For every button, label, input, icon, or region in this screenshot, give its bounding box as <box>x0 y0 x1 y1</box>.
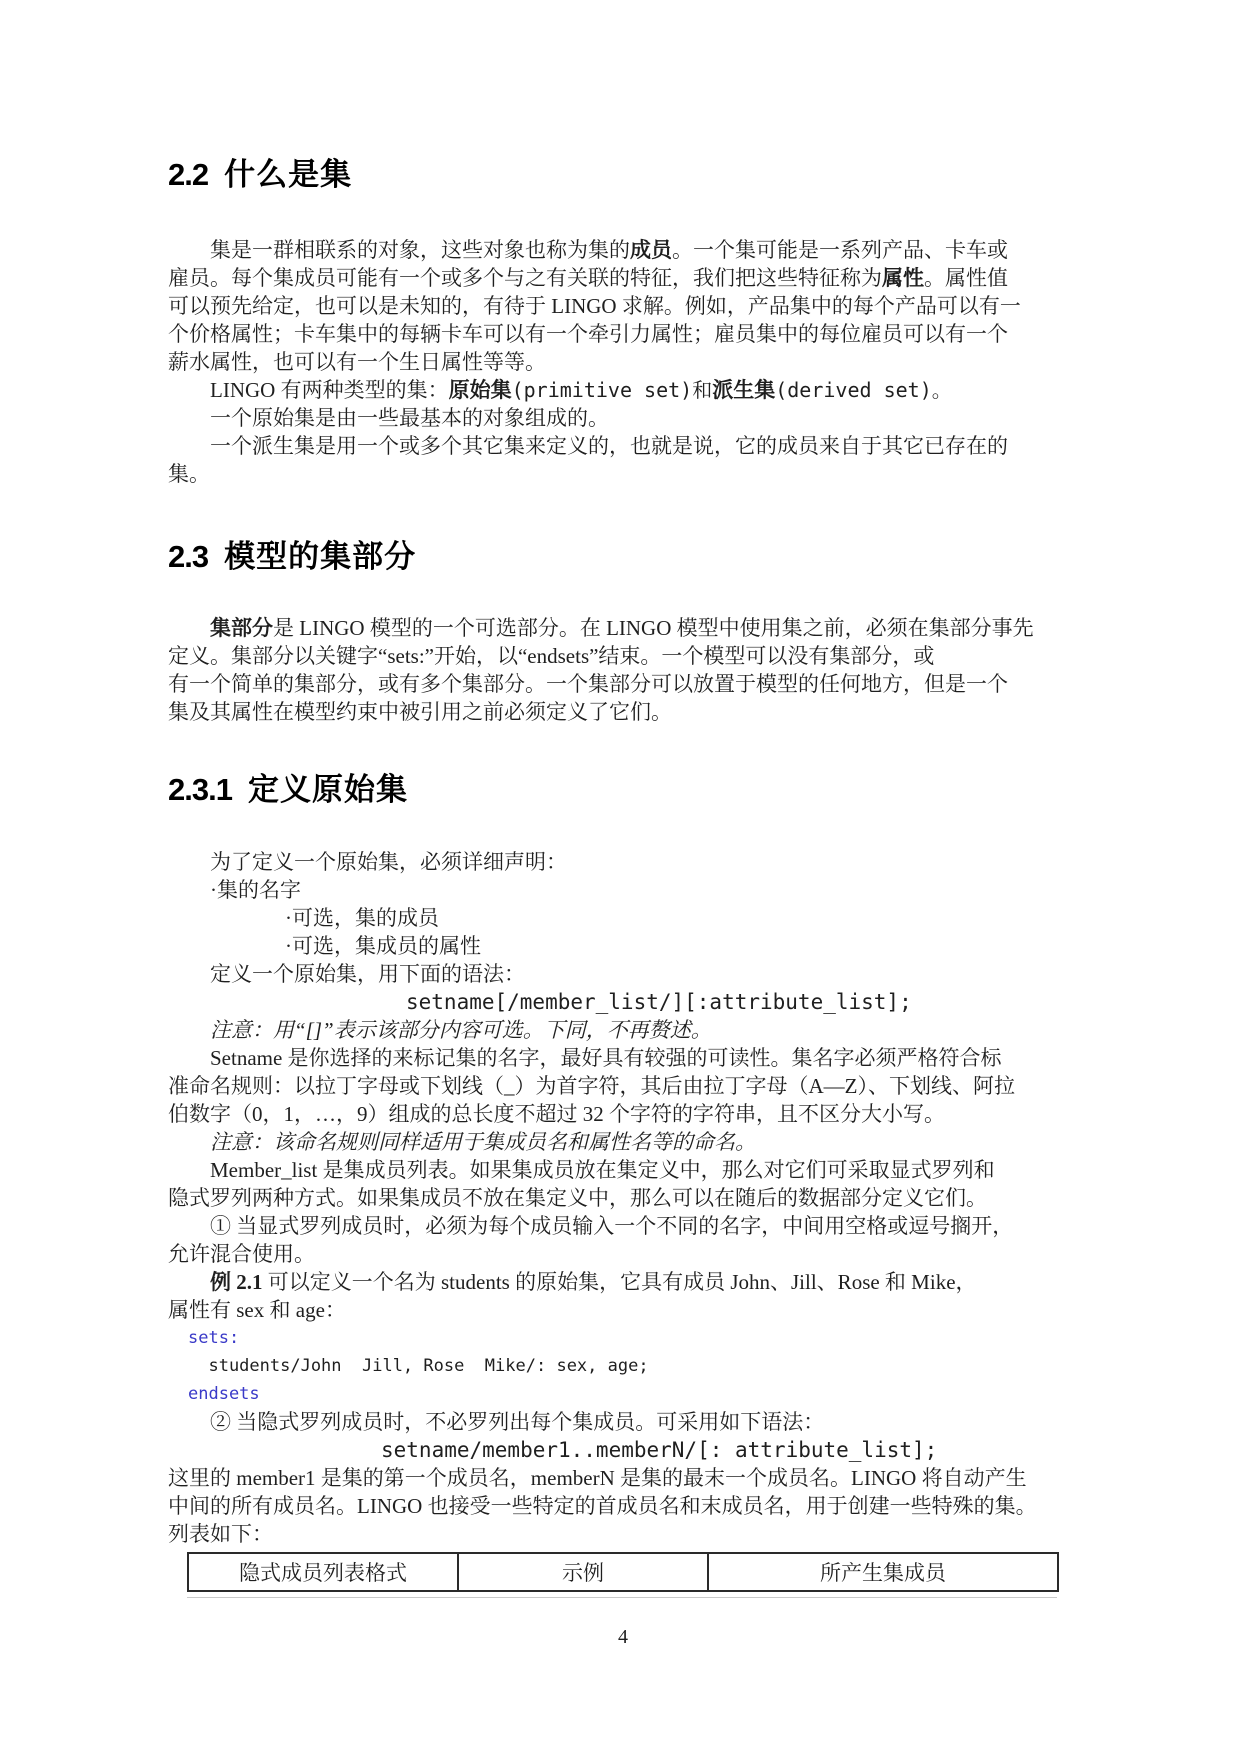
implicit-member-list-table: 隐式成员列表格式 示例 所产生集成员 <box>187 1552 1057 1598</box>
syntax-line: setname[/member_list/][:attribute_list]; <box>168 988 1078 1016</box>
section-title: 定义原始集 <box>248 772 408 807</box>
text-line: 隐式罗列两种方式。如果集成员不放在集定义中，那么可以在随后的数据部分定义它们。 <box>168 1184 1078 1212</box>
page-number: 4 <box>168 1626 1078 1649</box>
code-line-students: students/John Jill, Rose Mike/: sex, age… <box>168 1352 1078 1380</box>
table-header-row: 隐式成员列表格式 示例 所产生集成员 <box>188 1553 1058 1591</box>
section-2-2-body: 集是一群相联系的对象，这些对象也称为集的成员。一个集可能是一系列产品、卡车或 雇… <box>168 236 1078 488</box>
code-line-sets: sets: <box>168 1324 1078 1352</box>
text-line: Member_list 是集成员列表。如果集成员放在集定义中，那么对它们可采取显… <box>168 1156 1078 1184</box>
text-line: 这里的 member1 是集的第一个成员名，memberN 是集的最末一个成员名… <box>168 1464 1078 1492</box>
text-line: 集部分是 LINGO 模型的一个可选部分。在 LINGO 模型中使用集之前，必须… <box>168 614 1078 642</box>
text-line: 薪水属性，也可以有一个生日属性等等。 <box>168 348 1078 376</box>
text-line: 准命名规则：以拉丁字母或下划线（_）为首字符，其后由拉丁字母（A—Z）、下划线、… <box>168 1072 1078 1100</box>
text-line: 为了定义一个原始集，必须详细声明： <box>168 848 1078 876</box>
text-line: 雇员。每个集成员可能有一个或多个与之有关联的特征，我们把这些特征称为属性。属性值 <box>168 264 1078 292</box>
syntax-line: setname/member1..memberN/[: attribute_li… <box>168 1436 1078 1464</box>
section-2-3-body: 集部分是 LINGO 模型的一个可选部分。在 LINGO 模型中使用集之前，必须… <box>168 614 1078 726</box>
bullet-item: ·集的名字 <box>168 876 1078 904</box>
document-page: 2.2什么是集 集是一群相联系的对象，这些对象也称为集的成员。一个集可能是一系列… <box>0 0 1240 1755</box>
section-title: 什么是集 <box>224 157 352 192</box>
text-line: 可以预先给定，也可以是未知的，有待于 LINGO 求解。例如，产品集中的每个产品… <box>168 292 1078 320</box>
table-header-example: 示例 <box>458 1553 708 1591</box>
text-line: 有一个简单的集部分，或有多个集部分。一个集部分可以放置于模型的任何地方，但是一个 <box>168 670 1078 698</box>
note-line: 注意：该命名规则同样适用于集成员名和属性名等的命名。 <box>168 1128 1078 1156</box>
text-line: 定义。集部分以关键字“sets:”开始，以“endsets”结束。一个模型可以没… <box>168 642 1078 670</box>
example-line: 例 2.1 可以定义一个名为 students 的原始集，它具有成员 John、… <box>168 1268 1078 1296</box>
section-heading-2-2: 2.2什么是集 <box>168 155 1078 195</box>
text-line: 集及其属性在模型约束中被引用之前必须定义了它们。 <box>168 698 1078 726</box>
text-line: 一个派生集是用一个或多个其它集来定义的，也就是说，它的成员来自于其它已存在的 <box>168 432 1078 460</box>
section-number: 2.2 <box>168 157 208 192</box>
text-line: 中间的所有成员名。LINGO 也接受一些特定的首成员名和末成员名，用于创建一些特… <box>168 1492 1078 1520</box>
bullet-item: ·可选，集的成员 <box>168 904 1078 932</box>
section-number: 2.3 <box>168 539 208 574</box>
text-line: LINGO 有两种类型的集：原始集(primitive set)和派生集(der… <box>168 376 1078 404</box>
table-header-generated-members: 所产生集成员 <box>708 1553 1058 1591</box>
note-line: 注意：用“[]”表示该部分内容可选。下同，不再赘述。 <box>168 1016 1078 1044</box>
section-title: 模型的集部分 <box>224 539 416 574</box>
text-line: 列表如下： <box>168 1520 1078 1548</box>
text-line: 定义一个原始集，用下面的语法： <box>168 960 1078 988</box>
text-line: 伯数字（0，1，…，9）组成的总长度不超过 32 个字符的字符串，且不区分大小写… <box>168 1100 1078 1128</box>
bullet-item: ·可选，集成员的属性 <box>168 932 1078 960</box>
numbered-item-line: ② 当隐式罗列成员时，不必罗列出每个集成员。可采用如下语法： <box>168 1408 1078 1436</box>
text-line: 属性有 sex 和 age： <box>168 1296 1078 1324</box>
text-line: 集。 <box>168 460 1078 488</box>
section-heading-2-3: 2.3模型的集部分 <box>168 537 1078 577</box>
section-number: 2.3.1 <box>168 772 232 807</box>
table-header-format: 隐式成员列表格式 <box>188 1553 458 1591</box>
section-heading-2-3-1: 2.3.1定义原始集 <box>168 770 1078 810</box>
table-next-row-edge <box>187 1597 1057 1598</box>
text-line: 一个原始集是由一些最基本的对象组成的。 <box>168 404 1078 432</box>
text-line: 个价格属性；卡车集中的每辆卡车可以有一个牵引力属性；雇员集中的每位雇员可以有一个 <box>168 320 1078 348</box>
section-2-3-1-body: 为了定义一个原始集，必须详细声明： ·集的名字 ·可选，集的成员 ·可选，集成员… <box>168 848 1078 1548</box>
numbered-item-line: ① 当显式罗列成员时，必须为每个成员输入一个不同的名字，中间用空格或逗号搁开， <box>168 1212 1078 1240</box>
text-line: Setname 是你选择的来标记集的名字，最好具有较强的可读性。集名字必须严格符… <box>168 1044 1078 1072</box>
example-label: 例 2.1 <box>210 1270 263 1294</box>
code-line-endsets: endsets <box>168 1380 1078 1408</box>
text-line: 集是一群相联系的对象，这些对象也称为集的成员。一个集可能是一系列产品、卡车或 <box>168 236 1078 264</box>
text-line: 允许混合使用。 <box>168 1240 1078 1268</box>
